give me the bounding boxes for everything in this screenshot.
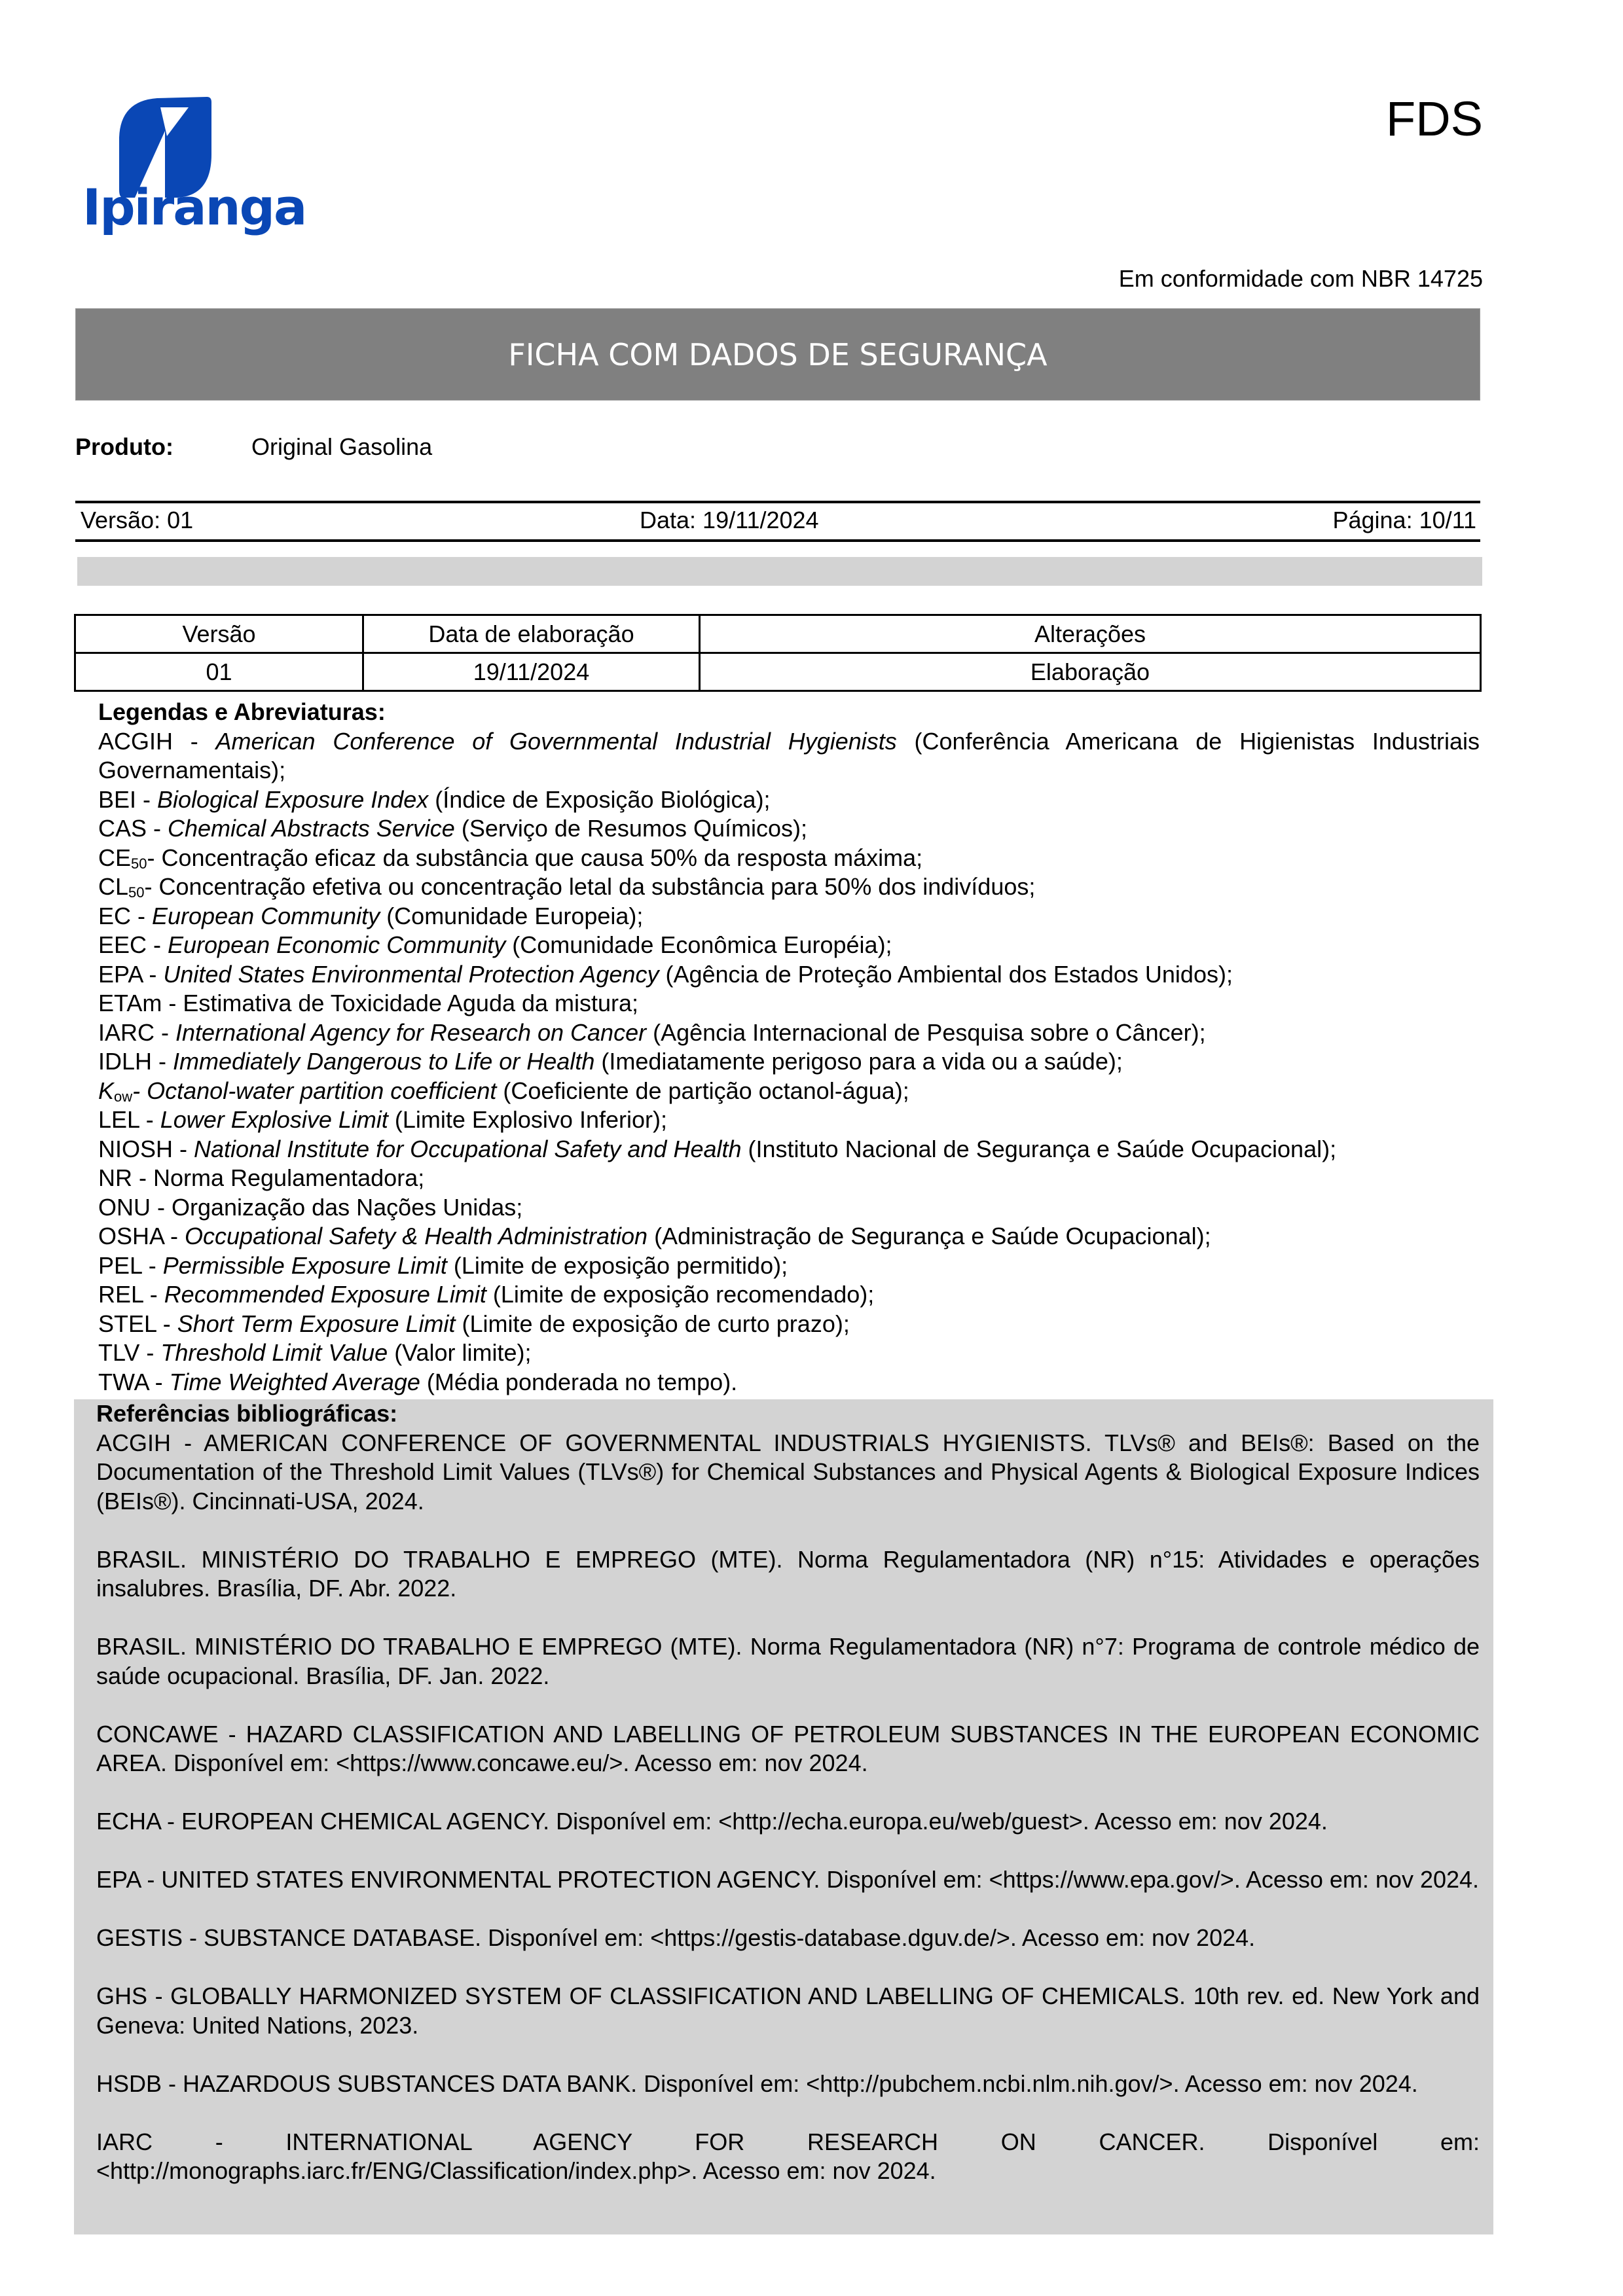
legend-abbreviation: ETAm - xyxy=(98,990,183,1016)
cell-version: 01 xyxy=(75,653,363,691)
column-header-date: Data de elaboração xyxy=(363,615,700,653)
legend-translation: (Coeficiente de partição octanol-água); xyxy=(496,1077,909,1104)
reference-item: BRASIL. MINISTÉRIO DO TRABALHO E EMPREGO… xyxy=(96,1545,1480,1604)
legend-item: TLV - Threshold Limit Value (Valor limit… xyxy=(98,1338,1480,1368)
legend-item: ONU - Organização das Nações Unidas; xyxy=(98,1193,1480,1223)
legend-abbreviation: EC - xyxy=(98,903,152,929)
references-list: ACGIH - AMERICAN CONFERENCE OF GOVERNMEN… xyxy=(96,1429,1480,2186)
legend-abbreviation: CAS - xyxy=(98,815,168,842)
legend-english-term: American Conference of Governmental Indu… xyxy=(216,728,897,755)
legend-abbreviation: NR - xyxy=(98,1164,153,1191)
meta-version: Versão: 01 xyxy=(81,509,193,532)
meta-date: Data: 19/11/2024 xyxy=(640,509,819,532)
legend-translation: Organização das Nações Unidas; xyxy=(172,1194,522,1221)
legend-section: Legendas e Abreviaturas: ACGIH - America… xyxy=(98,698,1480,1397)
legend-item: LEL - Lower Explosive Limit (Limite Expl… xyxy=(98,1105,1480,1135)
legend-english-term: Recommended Exposure Limit xyxy=(164,1281,486,1308)
legend-translation: (Índice de Exposição Biológica); xyxy=(428,786,770,813)
legend-english-term: International Agency for Research on Can… xyxy=(175,1019,646,1046)
legend-abbreviation: TLV - xyxy=(98,1339,160,1366)
legend-english-term: - Octanol-water partition coefficient xyxy=(132,1077,496,1104)
legend-abbreviation: TWA - xyxy=(98,1369,170,1395)
legend-abbreviation: LEL - xyxy=(98,1106,160,1133)
legend-item: TWA - Time Weighted Average (Média ponde… xyxy=(98,1368,1480,1397)
legend-english-term: Short Term Exposure Limit xyxy=(177,1310,456,1337)
legend-translation: - Concentração efetiva ou concentração l… xyxy=(145,873,1036,900)
legend-translation: (Administração de Segurança e Saúde Ocup… xyxy=(647,1223,1211,1249)
page-title: FICHA COM DADOS DE SEGURANÇA xyxy=(508,337,1047,372)
legend-item: CL50- Concentração efetiva ou concentraç… xyxy=(98,872,1480,902)
legend-english-term: European Economic Community xyxy=(168,931,505,958)
legend-item: IARC - International Agency for Research… xyxy=(98,1018,1480,1048)
legend-translation: (Comunidade Econômica Européia); xyxy=(505,931,892,958)
legend-item: IDLH - Immediately Dangerous to Life or … xyxy=(98,1047,1480,1077)
legend-item: PEL - Permissible Exposure Limit (Limite… xyxy=(98,1251,1480,1281)
legend-translation: (Limite Explosivo Inferior); xyxy=(388,1106,667,1133)
revision-table: Versão Data de elaboração Alterações 01 … xyxy=(74,614,1482,692)
reference-item: ECHA - EUROPEAN CHEMICAL AGENCY. Disponí… xyxy=(96,1807,1480,1837)
legend-english-term: European Community xyxy=(152,903,380,929)
legend-abbreviation: IDLH - xyxy=(98,1048,173,1075)
legend-abbreviation: BEI - xyxy=(98,786,157,813)
legend-abbreviation: ACGIH - xyxy=(98,728,216,755)
column-header-version: Versão xyxy=(75,615,363,653)
legend-item: ACGIH - American Conference of Governmen… xyxy=(98,727,1480,785)
legend-english-term: Permissible Exposure Limit xyxy=(163,1252,447,1279)
legend-abbreviation: OSHA - xyxy=(98,1223,185,1249)
legend-abbreviation: CL xyxy=(98,873,128,900)
legend-subscript: 50 xyxy=(128,884,144,901)
legend-translation: (Serviço de Resumos Químicos); xyxy=(455,815,807,842)
reference-item: GHS - GLOBALLY HARMONIZED SYSTEM OF CLAS… xyxy=(96,1982,1480,2040)
legend-abbreviation: ONU - xyxy=(98,1194,172,1221)
legend-item: STEL - Short Term Exposure Limit (Limite… xyxy=(98,1310,1480,1339)
legend-translation: (Limite de exposição permitido); xyxy=(447,1252,788,1279)
references-section: Referências bibliográficas: ACGIH - AMER… xyxy=(96,1399,1480,2186)
reference-item: IARC - INTERNATIONAL AGENCY FOR RESEARCH… xyxy=(96,2128,1480,2186)
reference-item: HSDB - HAZARDOUS SUBSTANCES DATA BANK. D… xyxy=(96,2070,1480,2099)
section-header-strip xyxy=(77,557,1482,586)
legend-translation: - Concentração eficaz da substância que … xyxy=(147,844,923,871)
legend-item: REL - Recommended Exposure Limit (Limite… xyxy=(98,1280,1480,1310)
legend-abbreviation: REL - xyxy=(98,1281,164,1308)
reference-item: CONCAWE - HAZARD CLASSIFICATION AND LABE… xyxy=(96,1720,1480,1778)
legend-item: Kow- Octanol-water partition coefficient… xyxy=(98,1077,1480,1106)
legend-english-term: Chemical Abstracts Service xyxy=(168,815,455,842)
legend-abbreviation: STEL - xyxy=(98,1310,177,1337)
legend-translation: (Limite de exposição recomendado); xyxy=(486,1281,874,1308)
legend-item: BEI - Biological Exposure Index (Índice … xyxy=(98,785,1480,815)
legend-english-term: National Institute for Occupational Safe… xyxy=(194,1136,742,1162)
legend-abbreviation: K xyxy=(98,1077,114,1104)
cell-date: 19/11/2024 xyxy=(363,653,700,691)
title-bar: FICHA COM DADOS DE SEGURANÇA xyxy=(75,308,1480,401)
legend-item: OSHA - Occupational Safety & Health Admi… xyxy=(98,1222,1480,1251)
legend-english-term: Time Weighted Average xyxy=(170,1369,420,1395)
reference-item: ACGIH - AMERICAN CONFERENCE OF GOVERNMEN… xyxy=(96,1429,1480,1516)
legend-heading: Legendas e Abreviaturas: xyxy=(98,698,1480,727)
legend-abbreviation: CE xyxy=(98,844,131,871)
legend-subscript: 50 xyxy=(131,855,147,872)
legend-abbreviation: NIOSH - xyxy=(98,1136,194,1162)
legend-translation: Estimativa de Toxicidade Aguda da mistur… xyxy=(183,990,638,1016)
legend-english-term: Biological Exposure Index xyxy=(157,786,428,813)
product-value: Original Gasolina xyxy=(251,433,432,461)
product-label: Produto: xyxy=(75,433,173,461)
document-meta-row: Versão: 01 Data: 19/11/2024 Página: 10/1… xyxy=(75,501,1480,542)
reference-item: EPA - UNITED STATES ENVIRONMENTAL PROTEC… xyxy=(96,1865,1480,1895)
legend-abbreviation: EPA - xyxy=(98,961,163,988)
legend-english-term: Lower Explosive Limit xyxy=(160,1106,388,1133)
legend-abbreviation: IARC - xyxy=(98,1019,175,1046)
brand-name: Ipiranga xyxy=(82,178,306,236)
legend-abbreviation: EEC - xyxy=(98,931,168,958)
legend-item: EPA - United States Environmental Protec… xyxy=(98,960,1480,990)
legend-item: EC - European Community (Comunidade Euro… xyxy=(98,902,1480,931)
legend-translation: (Limite de exposição de curto prazo); xyxy=(456,1310,850,1337)
legend-english-term: United States Environmental Protection A… xyxy=(163,961,659,988)
reference-item: BRASIL. MINISTÉRIO DO TRABALHO E EMPREGO… xyxy=(96,1632,1480,1691)
legend-item: ETAm - Estimativa de Toxicidade Aguda da… xyxy=(98,989,1480,1018)
legend-translation: (Instituto Nacional de Segurança e Saúde… xyxy=(742,1136,1337,1162)
legend-item: EEC - European Economic Community (Comun… xyxy=(98,931,1480,960)
legend-item: NR - Norma Regulamentadora; xyxy=(98,1164,1480,1193)
meta-page: Página: 10/11 xyxy=(1332,509,1476,532)
legend-translation: Norma Regulamentadora; xyxy=(153,1164,424,1191)
legend-translation: (Valor limite); xyxy=(388,1339,531,1366)
legend-item: NIOSH - National Institute for Occupatio… xyxy=(98,1135,1480,1164)
table-header-row: Versão Data de elaboração Alterações xyxy=(75,615,1481,653)
conformity-note: Em conformidade com NBR 14725 xyxy=(1119,267,1483,291)
legend-english-term: Threshold Limit Value xyxy=(160,1339,388,1366)
reference-item: GESTIS - SUBSTANCE DATABASE. Disponível … xyxy=(96,1924,1480,1953)
legend-translation: (Agência Internacional de Pesquisa sobre… xyxy=(646,1019,1206,1046)
legend-item: CE50- Concentração eficaz da substância … xyxy=(98,844,1480,873)
legend-abbreviation: PEL - xyxy=(98,1252,163,1279)
legend-list: ACGIH - American Conference of Governmen… xyxy=(98,727,1480,1397)
table-row: 01 19/11/2024 Elaboração xyxy=(75,653,1481,691)
column-header-changes: Alterações xyxy=(700,615,1481,653)
legend-subscript: ow xyxy=(114,1088,132,1105)
legend-translation: (Imediatamente perigoso para a vida ou a… xyxy=(594,1048,1122,1075)
legend-translation: (Média ponderada no tempo). xyxy=(420,1369,737,1395)
legend-english-term: Immediately Dangerous to Life or Health xyxy=(173,1048,594,1075)
references-heading: Referências bibliográficas: xyxy=(96,1399,1480,1429)
cell-changes: Elaboração xyxy=(700,653,1481,691)
legend-translation: (Comunidade Europeia); xyxy=(380,903,643,929)
legend-item: CAS - Chemical Abstracts Service (Serviç… xyxy=(98,814,1480,844)
document-code: FDS xyxy=(1386,95,1483,143)
legend-english-term: Occupational Safety & Health Administrat… xyxy=(185,1223,647,1249)
legend-translation: (Agência de Proteção Ambiental dos Estad… xyxy=(659,961,1233,988)
